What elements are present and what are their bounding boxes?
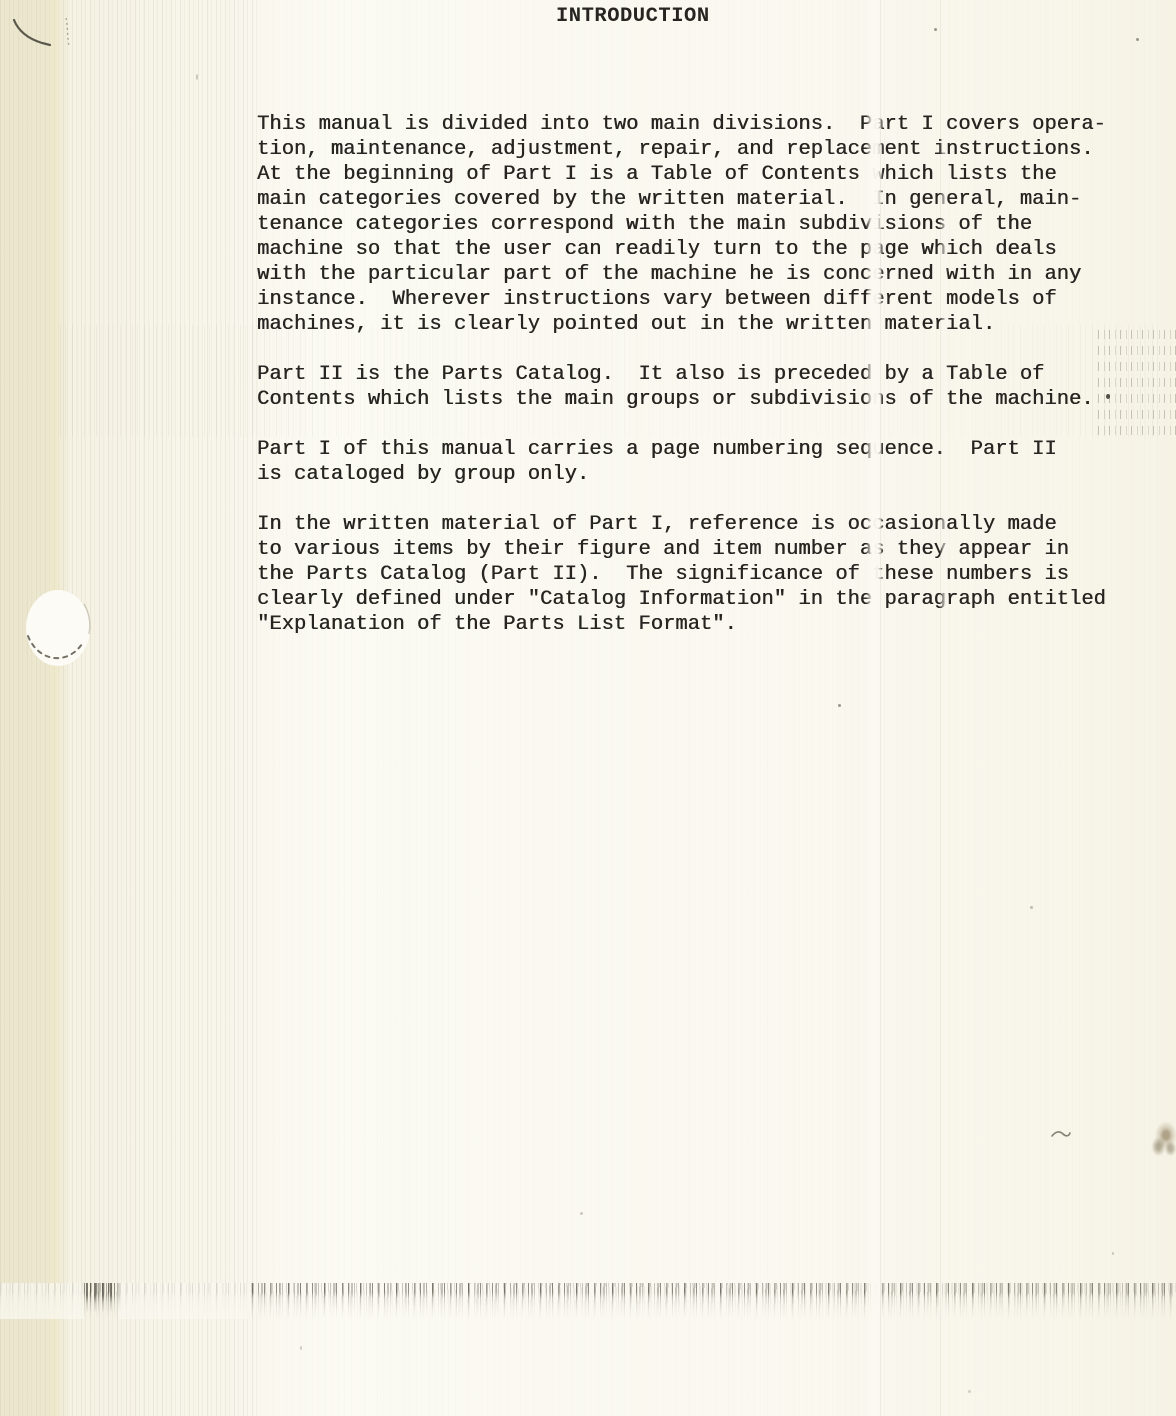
text-line: machines, it is clearly pointed out in t…	[257, 312, 1162, 337]
scan-noise-cluster	[86, 1283, 120, 1313]
document-body: This manual is divided into two main div…	[257, 112, 1162, 662]
text-line: Contents which lists the main groups or …	[257, 387, 1162, 412]
scan-speck	[580, 1212, 583, 1215]
page-title: INTRODUCTION	[556, 5, 710, 28]
scan-noise-gap	[118, 1283, 248, 1319]
text-line: tion, maintenance, adjustment, repair, a…	[257, 137, 1162, 162]
text-line: clearly defined under "Catalog Informati…	[257, 587, 1162, 612]
text-line: main categories covered by the written m…	[257, 187, 1162, 212]
paper-texture-left-margin	[0, 0, 258, 1416]
paragraph-2: Part II is the Parts Catalog. It also is…	[257, 362, 1162, 412]
text-line: "Explanation of the Parts List Format".	[257, 612, 1162, 637]
scan-speck	[968, 1390, 971, 1393]
text-line: instance. Wherever instructions vary bet…	[257, 287, 1162, 312]
text-line: In the written material of Part I, refer…	[257, 512, 1162, 537]
text-line: This manual is divided into two main div…	[257, 112, 1162, 137]
scan-speck	[300, 1346, 302, 1350]
scan-noise-gap	[0, 1283, 84, 1319]
text-line: with the particular part of the machine …	[257, 262, 1162, 287]
punch-hole	[20, 586, 96, 678]
text-line: tenance categories correspond with the m…	[257, 212, 1162, 237]
paragraph-3: Part I of this manual carries a page num…	[257, 437, 1162, 487]
text-line: the Parts Catalog (Part II). The signifi…	[257, 562, 1162, 587]
scan-speck	[1106, 394, 1110, 399]
text-line: Part I of this manual carries a page num…	[257, 437, 1162, 462]
text-line: is cataloged by group only.	[257, 462, 1162, 487]
scan-speck	[838, 704, 841, 707]
scan-speck	[1136, 38, 1139, 41]
paragraph-1: This manual is divided into two main div…	[257, 112, 1162, 337]
text-line: machine so that the user can readily tur…	[257, 237, 1162, 262]
pencil-mark	[1050, 1128, 1072, 1140]
scan-speck	[1112, 1252, 1114, 1255]
scan-speck	[1030, 906, 1033, 909]
text-line: At the beginning of Part I is a Table of…	[257, 162, 1162, 187]
scan-speck	[196, 74, 198, 80]
fold-crease-edge	[880, 0, 881, 1416]
scratch-mark	[8, 16, 78, 60]
scan-speck	[934, 28, 937, 31]
paragraph-4: In the written material of Part I, refer…	[257, 512, 1162, 637]
smudge-mark	[1148, 1120, 1176, 1158]
scanned-page: INTRODUCTION This manual is divided into…	[0, 0, 1176, 1416]
text-line: Part II is the Parts Catalog. It also is…	[257, 362, 1162, 387]
text-line: to various items by their figure and ite…	[257, 537, 1162, 562]
